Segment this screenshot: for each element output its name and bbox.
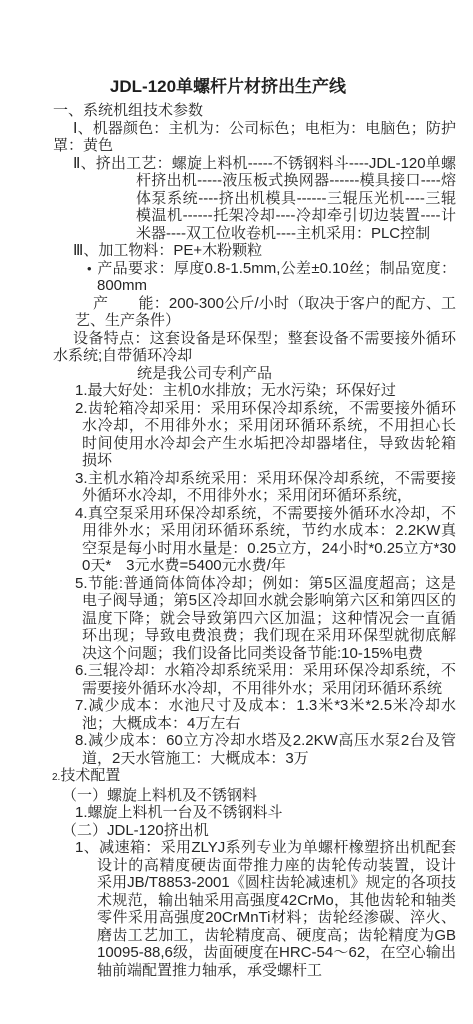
paragraph: 1.螺旋上料机一台及不锈钢料斗 bbox=[75, 804, 456, 822]
paragraph: 8.减少成本：60立方冷却水塔及2.2KW高压水泵2台及管道，2天水管施工：大概… bbox=[0, 732, 456, 767]
paragraph: 6.三辊冷却：水箱冷却系统采用：采用环保冷却系统，不需要接外循环水冷却，不用徘外… bbox=[0, 662, 456, 697]
paragraph: 3.主机水箱冷却系统采用：采用环保冷却系统，不需要接外循环水冷却，不用徘外水；采… bbox=[0, 470, 456, 505]
paragraph: 设备特点：这套设备是环保型；整套设备不需要接外循环水系统;自带循环冷却 bbox=[0, 330, 456, 365]
paragraph: （一）螺旋上料机及不锈钢料 bbox=[62, 787, 456, 805]
paragraph: •产品要求：厚度0.8-1.5mm,公差±0.10丝；制品宽度：800mm bbox=[0, 260, 456, 295]
document-title: JDL-120单螺杆片材挤出生产线 bbox=[0, 76, 456, 97]
paragraph: 2.齿轮箱冷却采用：采用环保冷却系统，不需要接外循环水冷却，不用徘外水；采用闭环… bbox=[0, 400, 456, 470]
paragraph: （二）JDL-120挤出机 bbox=[62, 822, 456, 840]
document-body: 一、系统机组技术参数Ⅰ、机器颜色：主机为：公司标色；电柜为：电脑色；防护罩：黄色… bbox=[0, 102, 456, 979]
paragraph: 统是我公司专利产品 bbox=[137, 365, 456, 383]
paragraph: Ⅰ、机器颜色：主机为：公司标色；电柜为：电脑色；防护罩：黄色 bbox=[0, 120, 456, 155]
paragraph: Ⅲ、加工物料：PE+木粉颗粒 bbox=[73, 242, 456, 260]
paragraph: 7.减少成本：水池尺寸及成本：1.3米*3米*2.5米冷却水池；大概成本：4万左… bbox=[0, 697, 456, 732]
paragraph: 2.技术配置 bbox=[52, 767, 456, 787]
paragraph: 5.节能:普通筒体筒体冷却；例如：第5区温度超高；这是电子阀导通；第5区冷却回水… bbox=[0, 575, 456, 663]
document-page: JDL-120单螺杆片材挤出生产线 一、系统机组技术参数Ⅰ、机器颜色：主机为：公… bbox=[0, 0, 473, 1024]
paragraph: 1.最大好处：主机0水排放；无水污染；环保好过 bbox=[0, 382, 456, 400]
paragraph: 1、减速箱：采用ZLYJ系列专业为单螺杆橡塑挤出机配套设计的高精度硬齿面带推力座… bbox=[0, 839, 456, 979]
paragraph: Ⅱ、挤出工艺：螺旋上料机-----不锈钢料斗----JDL-120单螺杆挤出机-… bbox=[0, 155, 456, 243]
bullet-icon: • bbox=[87, 260, 97, 278]
paragraph: 一、系统机组技术参数 bbox=[53, 102, 456, 120]
list-number-small: 2. bbox=[52, 772, 60, 783]
paragraph: 4.真空泵采用环保冷却系统，不需要接外循环水冷却，不用徘外水；采用闭环循环系统，… bbox=[0, 505, 456, 575]
paragraph: 产 能：200-300公斤/小时（取决于客户的配方、工艺、生产条件） bbox=[0, 295, 456, 330]
